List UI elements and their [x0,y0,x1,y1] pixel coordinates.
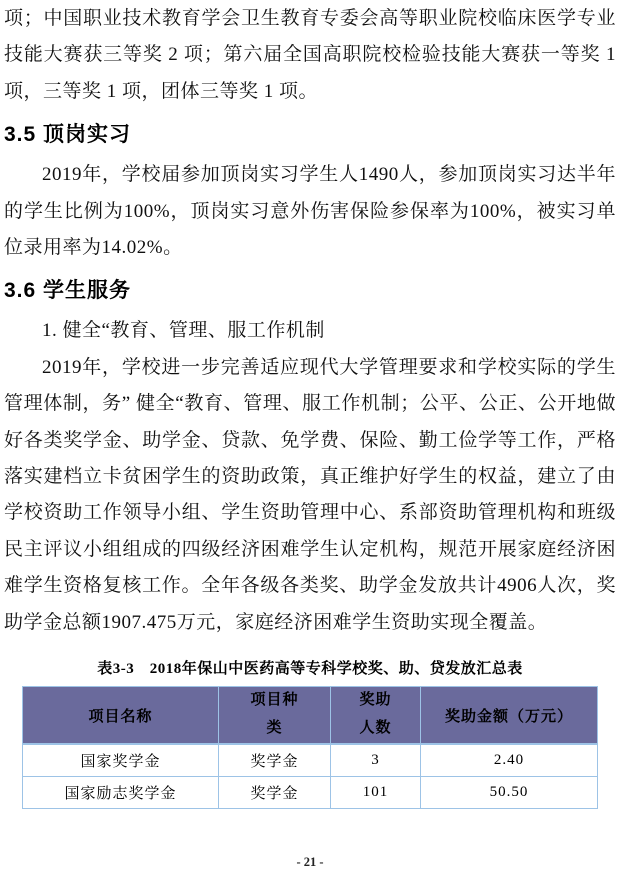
column-header: 项目名称 [23,687,219,745]
section-heading-3-5: 3.5 顶岗实习 [4,121,616,148]
table-cell: 国家励志奖学金 [23,777,219,809]
table-cell: 奖学金 [219,744,331,777]
table-cell: 国家奖学金 [23,744,219,777]
column-header-label: 项目种类 [248,687,301,743]
table-cell: 3 [331,744,421,777]
table-cell: 101 [331,777,421,809]
column-header-label: 项目名称 [88,709,152,725]
column-header-label: 奖助金额（万元） [445,709,573,725]
page-number: - 21 - [0,855,620,870]
list-item-1: 1. 健全“教育、管理、服工作机制 [4,313,616,349]
paragraph-internship: 2019年，学校届参加顶岗实习学生人1490人，参加顶岗实习达半年的学生比例为1… [4,157,616,266]
table-cell: 50.50 [421,777,598,809]
table-caption: 表3-3 2018年保山中医药高等专科学校奖、助、贷发放汇总表 [4,657,616,678]
paragraph-student-services: 2019年，学校进一步完善适应现代大学管理要求和学校实际的学生管理体制，务” 健… [4,350,616,641]
table-row: 国家奖学金奖学金32.40 [23,744,598,777]
column-header: 项目种类 [219,687,331,745]
award-table-body: 国家奖学金奖学金32.40国家励志奖学金奖学金10150.50 [23,744,598,809]
table-header-row: 项目名称项目种类奖助人数奖助金额（万元） [23,687,598,745]
award-grant-table: 项目名称项目种类奖助人数奖助金额（万元） 国家奖学金奖学金32.40国家励志奖学… [22,686,598,809]
page-content: 项；中国职业技术教育学会卫生教育专委会高等职业院校临床医学专业技能大赛获三等奖 … [0,0,620,809]
column-header-label: 奖助人数 [357,687,395,743]
table-cell: 奖学金 [219,777,331,809]
table-cell: 2.40 [421,744,598,777]
document-page: 项；中国职业技术教育学会卫生教育专委会高等职业院校临床医学专业技能大赛获三等奖 … [0,0,620,875]
award-table-head: 项目名称项目种类奖助人数奖助金额（万元） [23,687,598,745]
column-header: 奖助人数 [331,687,421,745]
table-row: 国家励志奖学金奖学金10150.50 [23,777,598,809]
paragraph-continuation: 项；中国职业技术教育学会卫生教育专委会高等职业院校临床医学专业技能大赛获三等奖 … [4,1,616,110]
section-heading-3-6: 3.6 学生服务 [4,277,616,304]
column-header: 奖助金额（万元） [421,687,598,745]
